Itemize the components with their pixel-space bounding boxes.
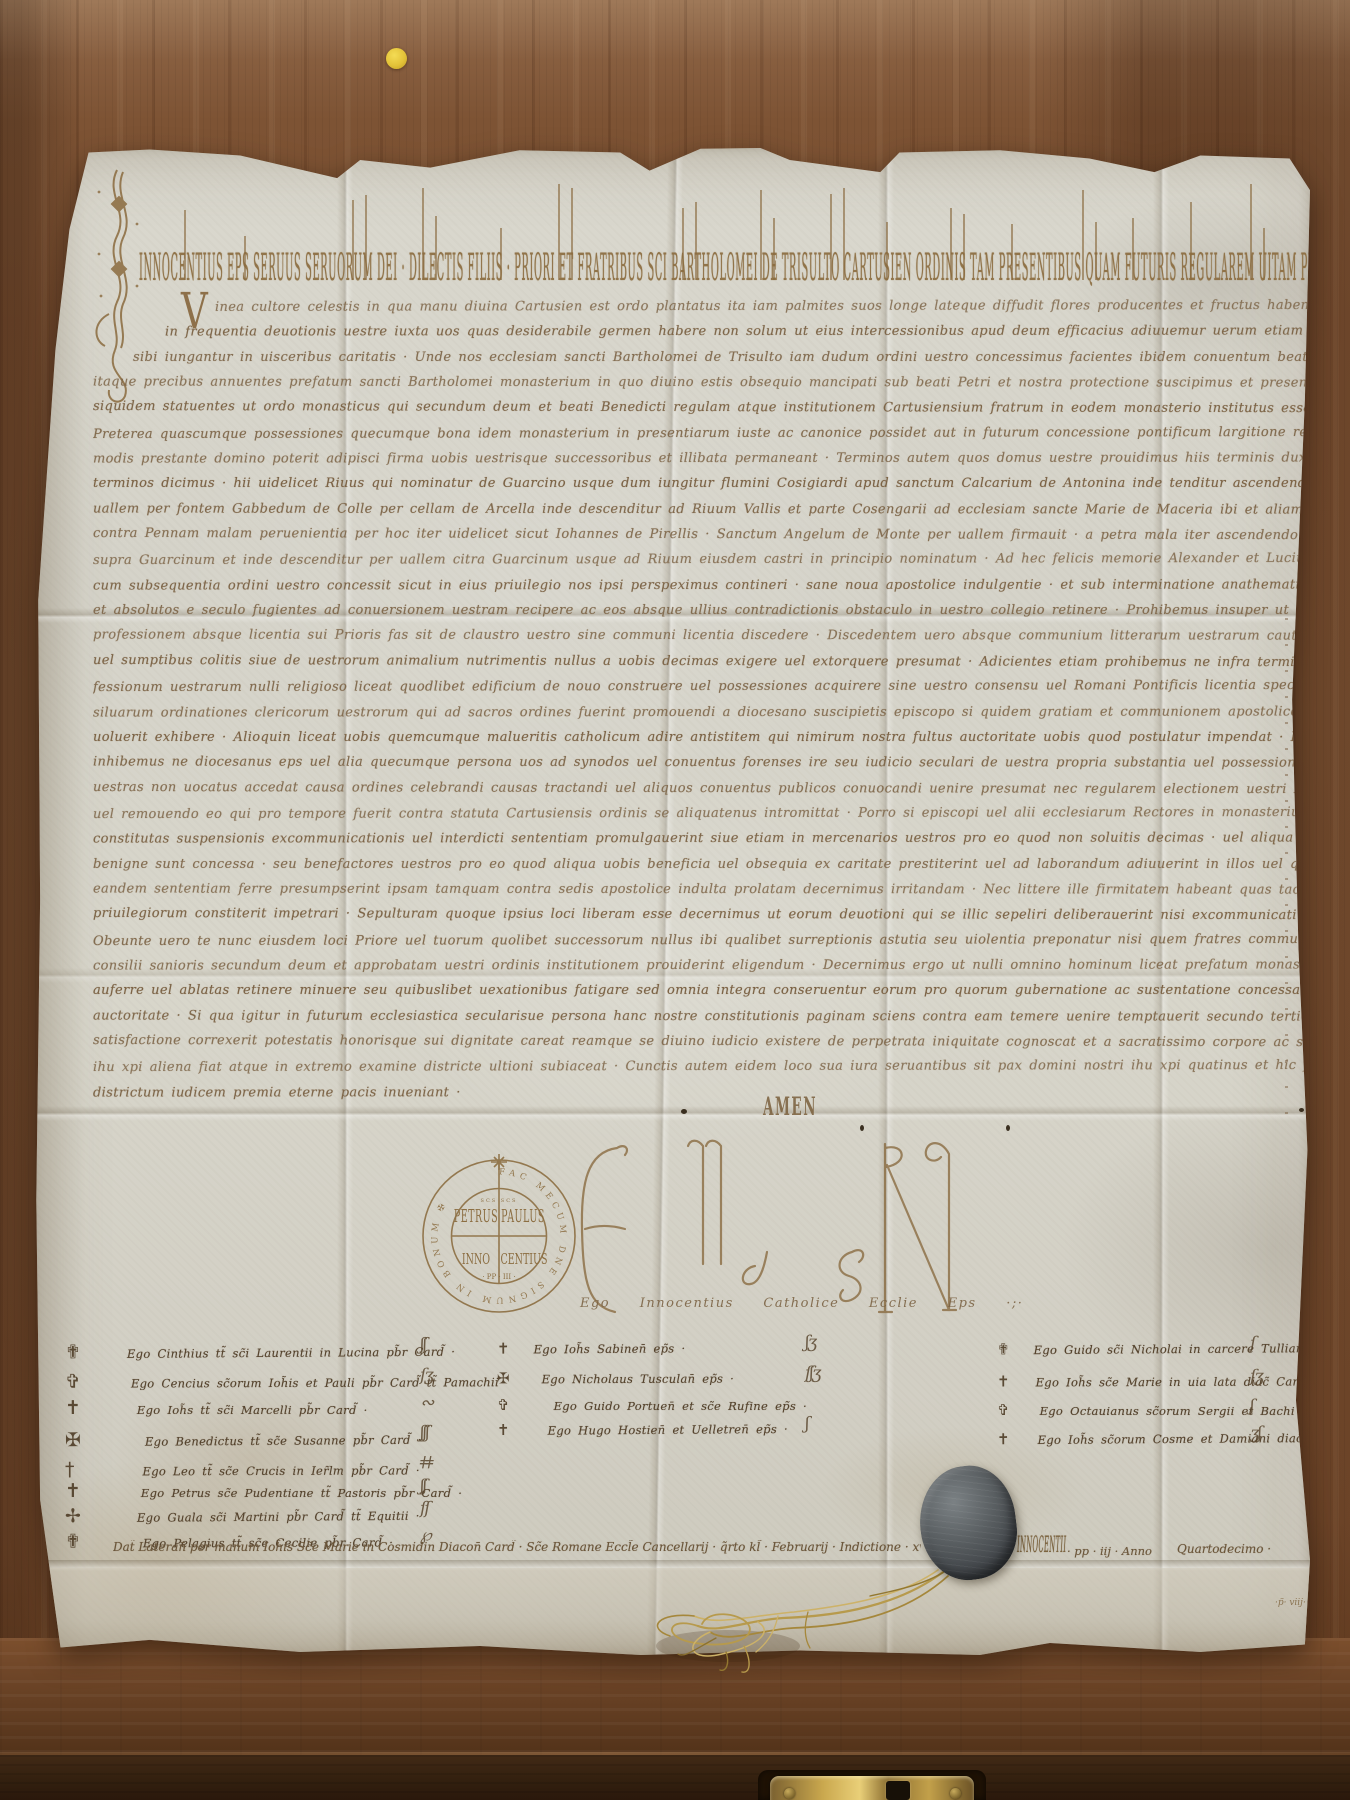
signature-text: Ego Cinthius tt̃ sc̃i Laurentii in Lucin… (127, 1345, 455, 1361)
rota-paulus: PAULUS (501, 1207, 545, 1227)
incipit-line: INNOCENTIUS EPS SERUUS SERUORUM DEI · DI… (139, 242, 1281, 290)
signature-text: Ego Leo tt̃ sc̃e Crucis in Ier̃lm pb̃r C… (142, 1463, 419, 1478)
signature-flourish: ſſ (420, 1499, 429, 1519)
parchment-sheet: INNOCENTIUS EPS SERUUS SERUORUM DEI · DI… (35, 148, 1310, 1655)
signature-row: ✝Ego Ioh̃s sc̃orum Cosme et Damiani diac… (997, 1427, 1350, 1448)
signature-row: ✠Ego Benedictus tt̃ sc̃e Susanne pb̃r Ca… (65, 1427, 422, 1451)
signature-text: Ego Guala sc̃i Martini pb̃r Card̃ tt̃ Eq… (137, 1509, 420, 1525)
manuscript-line: consilii sanioris secundum deum et appro… (93, 952, 1310, 978)
signature-cross-icon: ✟ (65, 1341, 81, 1363)
worm-hole (681, 1109, 687, 1114)
dateline-year-word: Quartodecimo · (1177, 1542, 1271, 1556)
signature-text: Ego Guido sc̃i Nicholai in carcere Tulli… (1034, 1341, 1350, 1357)
manuscript-line: uestras non uocatus accedat causa ordine… (93, 774, 1310, 801)
manuscript-line: professionem absque licentia sui Prioris… (93, 623, 1310, 649)
signature-row: ✝Ego Ioh̃s tt̃ sc̃i Marcelli pb̃r Card̃ … (65, 1397, 368, 1419)
signature-cross-icon: ✞ (497, 1396, 510, 1414)
signature-flourish: ʃʒ (805, 1332, 815, 1352)
signature-flourish: ʒʃ (1250, 1423, 1260, 1443)
manuscript-line: priuilegiorum constiterit impetrari · Se… (93, 901, 1310, 928)
manuscript-line: uoluerit exhibere · Alioquin liceat uobi… (93, 725, 1310, 750)
manuscript-line: inea cultore celestis in qua manu diuina… (93, 293, 1310, 320)
signature-flourish: ∾ (420, 1393, 432, 1413)
signature-row: ✟Ego Cinthius tt̃ sc̃i Laurentii in Luci… (65, 1339, 455, 1364)
manuscript-line: benigne sunt concessa · seu benefactores… (93, 852, 1310, 877)
worm-hole (1299, 1108, 1304, 1112)
brass-lock-plate (770, 1776, 974, 1800)
worm-hole (860, 1125, 864, 1131)
signature-row: ✠Ego Nicholaus Tusculan̄ ep̃s ·ſʃʒ (497, 1368, 734, 1388)
signature-text: Ego Nicholaus Tusculan̄ ep̃s · (542, 1372, 735, 1387)
signature-cross-icon: ✝ (65, 1480, 81, 1502)
manuscript-line: districtum iudicem premia eterne pacis i… (93, 1079, 1310, 1105)
yellow-sticker-dot (386, 48, 407, 69)
dateline-pope-year: · pp · iij · Anno (1067, 1544, 1152, 1558)
signature-row: ✞Ego Cencius sc̃orum Ioh̃is et Pauli pb̃… (65, 1369, 499, 1393)
manuscript-line: uel remouendo eo qui pro tempore fuerit … (93, 800, 1310, 827)
signature-row: ✝Ego Hugo Hostien̄ et Uelletren̄ ep̃s ·ʃ (497, 1418, 788, 1439)
manuscript-line: supra Guarcinum et inde descenditur per … (93, 546, 1310, 573)
manuscript-line: inhibemus ne diocesanus eps uel alia que… (93, 750, 1310, 776)
signature-text: Ego Guido Portuen̄ et sc̃e Rufine ep̃s · (554, 1399, 807, 1413)
parchment-wrap: INNOCENTIUS EPS SERUUS SERUORUM DEI · DI… (35, 148, 1310, 1655)
signature-text: Ego Octauianus sc̃orum Sergii et Bachi d… (1040, 1404, 1350, 1418)
signature-text: Ego Ioh̃s tt̃ sc̃i Marcelli pb̃r Card̃ · (137, 1403, 368, 1417)
signature-text: Ego Benedictus tt̃ sc̃e Susanne pb̃r Car… (145, 1433, 422, 1449)
signature-flourish: ſʒ (1250, 1367, 1262, 1387)
signature-flourish: ſʃʒ (805, 1363, 820, 1383)
manuscript-line: siluarum ordinationes clericorum uestror… (93, 699, 1310, 725)
signature-row: ✞Ego Guido Portuen̄ et sc̃e Rufine ep̃s … (497, 1395, 807, 1414)
signature-cross-icon: ✟ (65, 1531, 81, 1553)
signature-flourish: ʃ (1250, 1396, 1253, 1416)
manuscript-line: uel sumptibus colitis siue de uestrorum … (93, 648, 1310, 675)
signature-text: Ego Ioh̃s Sabinen̄ ep̃s · (534, 1341, 686, 1356)
manuscript-line: uallem per fontem Gabbedum de Colle per … (93, 496, 1310, 522)
rota-pope-title: · PP · III · (482, 1273, 515, 1281)
signature-flourish: ǂǂ (420, 1453, 432, 1473)
signature-row: ✝Ego Ioh̃s Sabinen̄ ep̃s ·ʃʒ (497, 1337, 686, 1357)
manuscript-line: satisfactione correxerit potestatis hono… (93, 1028, 1310, 1055)
signature-cross-icon: ✞ (65, 1371, 81, 1393)
rota-saints-abbrev: SCS SCS (481, 1198, 518, 1204)
manuscript-line: Preterea quascumque possessiones quecumq… (93, 420, 1310, 447)
signature-row: ✝Ego Petrus sc̃e Pudentiane tt̃ Pastoris… (65, 1480, 462, 1502)
signature-text: Ego Hugo Hostien̄ et Uelletren̄ ep̃s · (548, 1422, 788, 1438)
signature-flourish: ʃʃ (420, 1476, 425, 1496)
manuscript-line: siquidem statuentes ut ordo monasticus q… (93, 394, 1310, 421)
manuscript-line: sibi iungantur in uisceribus caritatis ·… (93, 345, 1310, 370)
signature-cross-icon: ✝ (497, 1421, 510, 1439)
manuscript-line: fessionum uestrarum nulli religioso lice… (93, 673, 1310, 700)
signature-cross-icon: ✝ (997, 1373, 1010, 1391)
cabinet-front-face (0, 1755, 1350, 1800)
manuscript-line: constitutas suspensionis excommunication… (93, 826, 1310, 852)
rota: FAC MECUM DNE SIGNUM IN BONUM ✠ SCS SCS … (418, 1150, 580, 1318)
pope-subscription: Ego Innocentius Catholice Ecclie Eps ·;· (580, 1296, 1023, 1311)
wood-highlight (0, 0, 1350, 60)
manuscript-line: cum subsequentia ordini uestro concessit… (93, 572, 1310, 598)
manuscript-line: terminos dicimus · hii uidelicet Riuus q… (93, 471, 1310, 496)
signature-cross-icon: ✝ (497, 1340, 510, 1358)
worm-hole (1006, 1125, 1010, 1131)
body-text: inea cultore celestis in qua manu diuina… (93, 294, 1310, 1105)
signature-flourish: ʃʃ (420, 1335, 425, 1355)
lock-screw-icon (950, 1788, 961, 1799)
plica-annotation: ·p̃· viij· (1275, 1598, 1306, 1608)
manuscript-line: eandem sententiam ferre presumpserint ip… (93, 876, 1310, 902)
signature-row: ✢Ego Guala sc̃i Martini pb̃r Card̃ tt̃ E… (65, 1503, 420, 1527)
rota-pope-left: INNO (462, 1250, 490, 1268)
signature-row: ✝Ego Ioh̃s sc̃e Marie in uia lata diac̃ … (997, 1370, 1317, 1390)
signature-text: Ego Cencius sc̃orum Ioh̃is et Pauli pb̃r… (131, 1375, 499, 1390)
incipit-text: INNOCENTIUS EPS SERUUS SERUORUM DEI · DI… (139, 245, 1350, 290)
signature-text: Ego Ioh̃s sc̃e Marie in uia lata diac̃ C… (1036, 1374, 1317, 1389)
manuscript-line: Obeunte uero te nunc eiusdem loci Priore… (93, 927, 1310, 954)
signature-cross-icon: † (65, 1459, 75, 1481)
signature-cross-icon: ✟ (997, 1340, 1010, 1358)
signature-row: ✟Ego Guido sc̃i Nicholai in carcere Tull… (997, 1337, 1350, 1359)
manuscript-line: auctoritate · Si qua igitur in futurum e… (93, 1003, 1310, 1029)
rota-pope-right: CENTIUS (500, 1250, 547, 1268)
manuscript-line: et absolutos e seculo fugientes ad conue… (93, 598, 1310, 623)
signature-cross-icon: ✠ (497, 1369, 510, 1387)
manuscript-line: modis prestante domino poterit adipisci … (93, 446, 1310, 472)
signature-cross-icon: ✞ (997, 1401, 1010, 1419)
signature-row: ✞Ego Octauianus sc̃orum Sergii et Bachi … (997, 1400, 1350, 1419)
signature-row: †Ego Leo tt̃ sc̃e Crucis in Ier̃lm pb̃r … (65, 1457, 420, 1480)
lock-screw-icon (784, 1788, 795, 1799)
signature-text: Ego Ioh̃s sc̃orum Cosme et Damiani diac̃… (1038, 1431, 1350, 1447)
photo-of-papal-charter: INNOCENTIUS EPS SERUUS SERUORUM DEI · DI… (0, 0, 1350, 1800)
signature-flourish: ſ (1250, 1334, 1254, 1354)
signature-flourish: ʃ (805, 1414, 808, 1434)
signature-flourish: ſʒ (420, 1365, 432, 1385)
manuscript-line: ihu xpi aliena fiat atque in extremo exa… (93, 1053, 1310, 1080)
keyhole-icon (886, 1781, 910, 1800)
manuscript-line: contra Pennam malam peruenientia per hoc… (93, 521, 1310, 548)
manuscript-line: itaque precibus annuentes prefatum sanct… (93, 370, 1310, 396)
signature-cross-icon: ✠ (65, 1429, 81, 1451)
amen-monogram: AMEN (763, 1092, 817, 1122)
manuscript-line: auferre uel ablatas retinere minuere seu… (93, 978, 1310, 1003)
signature-flourish: ʃʃʃ (420, 1423, 428, 1443)
horizontal-fold-crease (35, 1106, 1310, 1121)
signature-cross-icon: ✝ (997, 1430, 1010, 1448)
signature-cross-icon: ✝ (65, 1397, 81, 1419)
signature-cross-icon: ✢ (65, 1505, 81, 1527)
rota-petrus: PETRUS (454, 1207, 498, 1227)
manuscript-line: in frequentia deuotionis uestre iuxta uo… (93, 319, 1310, 345)
signature-text: Ego Petrus sc̃e Pudentiane tt̃ Pastoris … (141, 1486, 462, 1500)
